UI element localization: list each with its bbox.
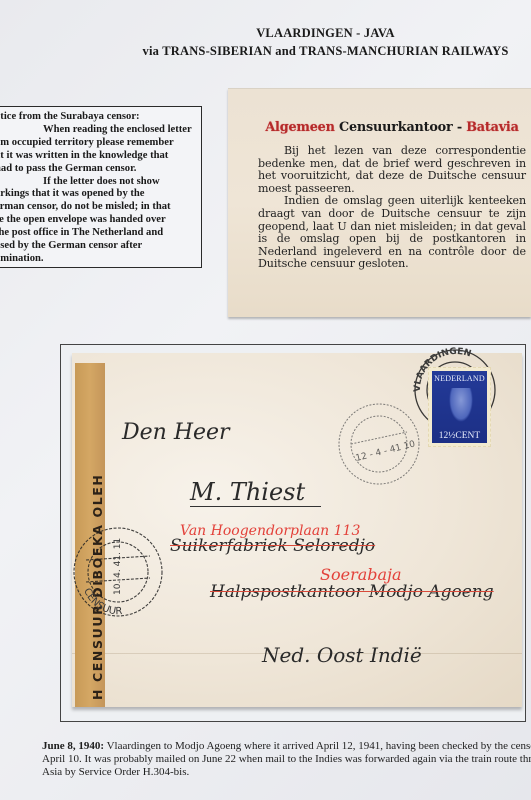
address-name: M. Thiest <box>190 478 321 507</box>
caption-text: Vlaardingen to Modjo Agoeng where it arr… <box>42 740 531 778</box>
caption: June 8, 1940: Vlaardingen to Modjo Agoen… <box>42 740 531 780</box>
address-country: Ned. Oost Indië <box>262 643 422 667</box>
postage-stamp: NEDERLAND 12½CENT <box>428 367 491 447</box>
censor-cancel-date: 10. 4. 41. 11 <box>113 538 123 595</box>
caption-date: June 8, 1940: <box>42 740 104 752</box>
arrival-date: 12 - 4 - 41 10 <box>355 439 417 463</box>
address-salutation: Den Heer <box>122 420 230 445</box>
address-original-line2: Halpspostkantoor Modjo Agoeng <box>210 582 494 602</box>
queen-portrait-icon <box>449 388 473 422</box>
stamp-value: 12½CENT <box>432 431 487 441</box>
address-original-line1: Suikerfabriek Seloredjo <box>170 536 375 556</box>
stamp-country: NEDERLAND <box>432 374 487 383</box>
